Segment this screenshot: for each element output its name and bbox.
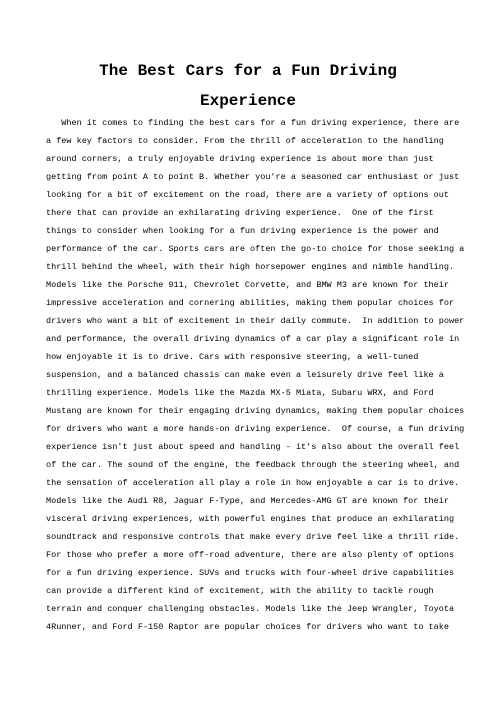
body-line: getting from point A to point B. Whether… bbox=[46, 168, 470, 186]
body-line: and performance, the overall driving dyn… bbox=[46, 330, 470, 348]
document-title-line-1: The Best Cars for a Fun Driving bbox=[0, 56, 496, 86]
body-line: drivers who want a bit of excitement in … bbox=[46, 312, 470, 330]
body-line: visceral driving experiences, with power… bbox=[46, 510, 470, 528]
body-line: there that can provide an exhilarating d… bbox=[46, 204, 470, 222]
body-line: things to consider when looking for a fu… bbox=[46, 222, 470, 240]
body-line: performance of the car. Sports cars are … bbox=[46, 240, 470, 258]
body-line: Models like the Porsche 911, Chevrolet C… bbox=[46, 276, 470, 294]
body-line: experience isn't just about speed and ha… bbox=[46, 438, 470, 456]
body-line: thrill behind the wheel, with their high… bbox=[46, 258, 470, 276]
body-line: around corners, a truly enjoyable drivin… bbox=[46, 150, 470, 168]
body-line: 4Runner, and Ford F-150 Raptor are popul… bbox=[46, 618, 470, 636]
body-line: how enjoyable it is to drive. Cars with … bbox=[46, 348, 470, 366]
body-line: looking for a bit of excitement on the r… bbox=[46, 186, 470, 204]
document-page: The Best Cars for a Fun Driving Experien… bbox=[0, 0, 496, 702]
body-line: thrilling experience. Models like the Ma… bbox=[46, 384, 470, 402]
body-line: for drivers who want a more hands-on dri… bbox=[46, 420, 470, 438]
body-line: For those who prefer a more off-road adv… bbox=[46, 546, 470, 564]
body-line: Models like the Audi R8, Jaguar F-Type, … bbox=[46, 492, 470, 510]
body-line: impressive acceleration and cornering ab… bbox=[46, 294, 470, 312]
body-line: terrain and conquer challenging obstacle… bbox=[46, 600, 470, 618]
document-title: The Best Cars for a Fun Driving Experien… bbox=[0, 0, 496, 116]
body-line: soundtrack and responsive controls that … bbox=[46, 528, 470, 546]
body-line: the sensation of acceleration all play a… bbox=[46, 474, 470, 492]
body-line: can provide a different kind of exciteme… bbox=[46, 582, 470, 600]
body-line: a few key factors to consider. From the … bbox=[46, 132, 470, 150]
body-line: for a fun driving experience. SUVs and t… bbox=[46, 564, 470, 582]
body-line: Mustang are known for their engaging dri… bbox=[46, 402, 470, 420]
body-line: suspension, and a balanced chassis can m… bbox=[46, 366, 470, 384]
document-title-line-2: Experience bbox=[0, 86, 496, 116]
document-body: When it comes to finding the best cars f… bbox=[46, 114, 470, 636]
body-line: When it comes to finding the best cars f… bbox=[46, 114, 470, 132]
body-line: of the car. The sound of the engine, the… bbox=[46, 456, 470, 474]
